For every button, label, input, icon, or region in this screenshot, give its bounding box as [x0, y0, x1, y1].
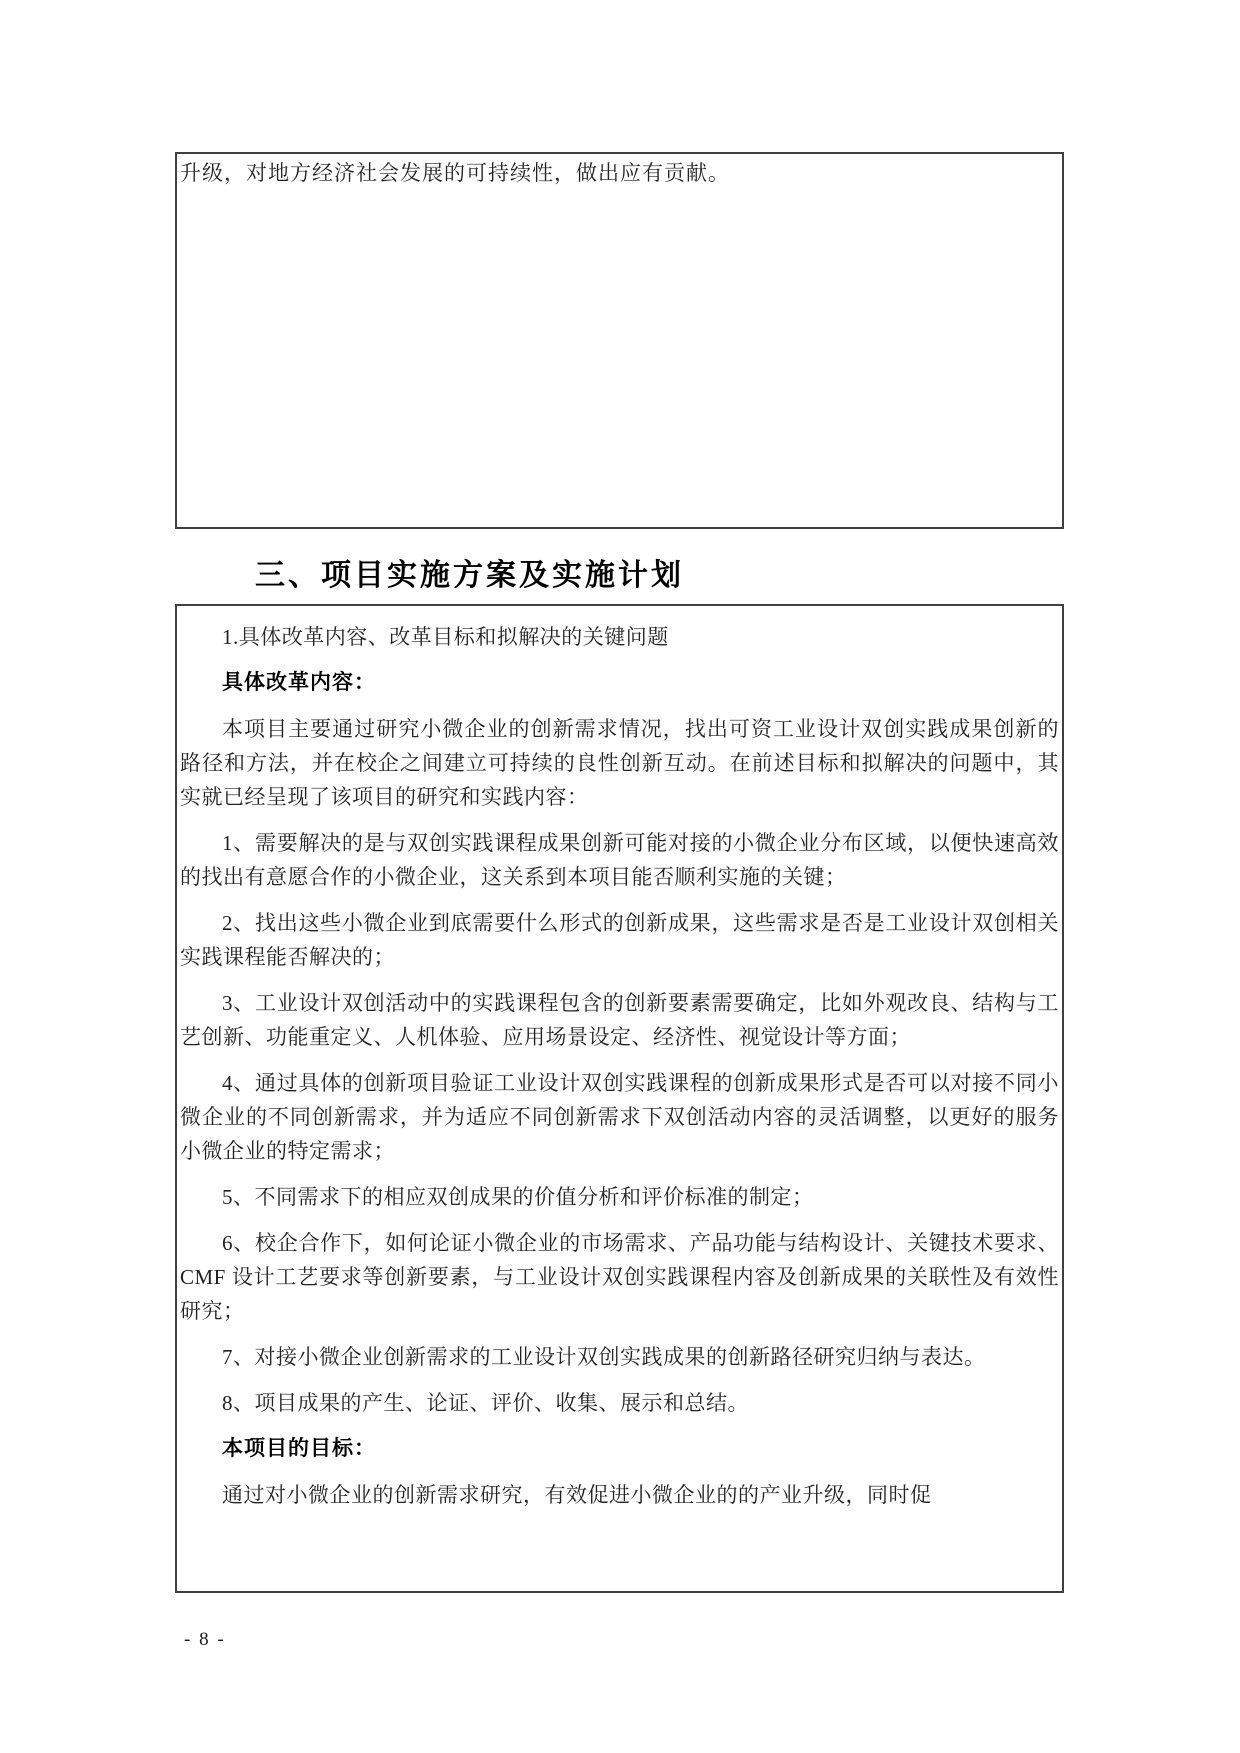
- plan-paragraph: 3、工业设计双创活动中的实践课程包含的创新要素需要确定，比如外观改良、结构与工艺…: [180, 986, 1059, 1054]
- page-number: - 8 -: [184, 1628, 226, 1652]
- plan-paragraph: 8、项目成果的产生、论证、评价、收集、展示和总结。: [180, 1386, 1059, 1420]
- plan-content-box: 1.具体改革内容、改革目标和拟解决的关键问题 具体改革内容： 本项目主要通过研究…: [175, 604, 1064, 1593]
- plan-paragraph: 7、对接小微企业创新需求的工业设计双创实践成果的创新路径研究归纳与表达。: [180, 1340, 1059, 1374]
- plan-paragraph: 通过对小微企业的创新需求研究，有效促进小微企业的的产业升级，同时促: [180, 1478, 1059, 1512]
- plan-paragraph: 本项目主要通过研究小微企业的创新需求情况，找出可资工业设计双创实践成果创新的路径…: [180, 712, 1059, 814]
- document-page: 升级，对地方经济社会发展的可持续性，做出应有贡献。 三、项目实施方案及实施计划 …: [0, 0, 1240, 1753]
- plan-paragraph: 5、不同需求下的相应双创成果的价值分析和评价标准的制定；: [180, 1180, 1059, 1214]
- continuation-text-box: 升级，对地方经济社会发展的可持续性，做出应有贡献。: [175, 152, 1064, 529]
- plan-subheading-reform-content: 具体改革内容：: [180, 666, 1059, 700]
- plan-paragraph: 2、找出这些小微企业到底需要什么形式的创新成果，这些需求是否是工业设计双创相关实…: [180, 906, 1059, 974]
- plan-paragraph: 4、通过具体的创新项目验证工业设计双创实践课程的创新成果形式是否可以对接不同小微…: [180, 1066, 1059, 1168]
- continuation-text: 升级，对地方经济社会发展的可持续性，做出应有贡献。: [180, 158, 1058, 189]
- plan-paragraph: 1、需要解决的是与双创实践课程成果创新可能对接的小微企业分布区域，以便快速高效的…: [180, 826, 1059, 894]
- plan-subheading-project-goal: 本项目的目标：: [180, 1432, 1059, 1466]
- plan-paragraph: 1.具体改革内容、改革目标和拟解决的关键问题: [180, 620, 1059, 654]
- section-heading: 三、项目实施方案及实施计划: [255, 556, 684, 596]
- plan-paragraph: 6、校企合作下，如何论证小微企业的市场需求、产品功能与结构设计、关键技术要求、C…: [180, 1226, 1059, 1328]
